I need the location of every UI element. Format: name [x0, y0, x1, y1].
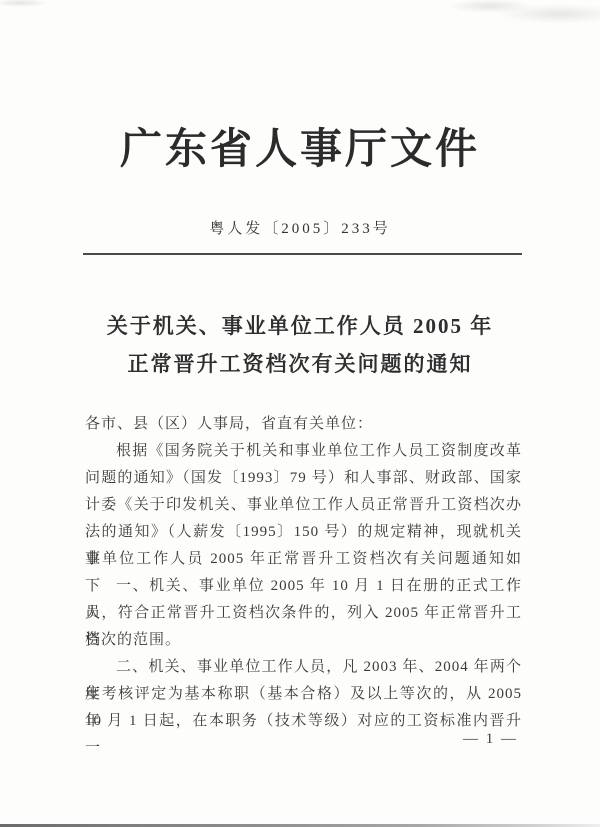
body-line: 根据《国务院关于机关和事业单位工作人员工资制度改革 — [85, 438, 522, 465]
document-body: 各市、县（区）人事局，省直有关单位： 根据《国务院关于机关和事业单位工作人员工资… — [85, 411, 522, 735]
body-line: 法的通知》（人薪发〔1995〕150 号）的规定精神，现就机关事 — [85, 519, 522, 546]
body-line: 员，符合正常晋升工资档次条件的，列入 2005 年正常晋升工资 — [85, 600, 522, 627]
document-page: 广东省人事厅文件 粤人发〔2005〕233号 关于机关、事业单位工作人员 200… — [0, 0, 600, 827]
body-line: 10 月 1 日起，在本职务（技术等级）对应的工资标准内晋升一 — [85, 708, 522, 735]
body-line: 档次的范围。 — [85, 627, 522, 654]
salutation-line: 各市、县（区）人事局，省直有关单位： — [85, 411, 522, 438]
body-line: 一、机关、事业单位 2005 年 10 月 1 日在册的正式工作人 — [85, 573, 522, 600]
body-line: 度考核评定为基本称职（基本合格）及以上等次的，从 2005 年 — [85, 681, 522, 708]
subject-title-line1: 关于机关、事业单位工作人员 2005 年 — [0, 307, 600, 345]
body-paragraph: 根据《国务院关于机关和事业单位工作人员工资制度改革 问题的通知》（国发〔1993… — [85, 438, 522, 573]
body-line: 二、机关、事业单位工作人员，凡 2003 年、2004 年两个年 — [85, 654, 522, 681]
body-line: 业单位工作人员 2005 年正常晋升工资档次有关问题通知如下： — [85, 546, 522, 573]
page-number: — 1 — — [463, 729, 518, 749]
body-line: 计委《关于印发机关、事业单位工作人员正常晋升工资档次办 — [85, 492, 522, 519]
body-paragraph: 一、机关、事业单位 2005 年 10 月 1 日在册的正式工作人 员，符合正常… — [85, 573, 522, 654]
letterhead-title: 广东省人事厅文件 — [0, 126, 600, 174]
document-number: 粤人发〔2005〕233号 — [0, 219, 600, 239]
subject-title-line2: 正常晋升工资档次有关问题的通知 — [0, 345, 600, 383]
letterhead-divider-rule — [83, 253, 522, 255]
body-paragraph: 二、机关、事业单位工作人员，凡 2003 年、2004 年两个年 度考核评定为基… — [85, 654, 522, 735]
subject-title: 关于机关、事业单位工作人员 2005 年 正常晋升工资档次有关问题的通知 — [0, 307, 600, 383]
body-line: 问题的通知》（国发〔1993〕79 号）和人事部、财政部、国家 — [85, 465, 522, 492]
